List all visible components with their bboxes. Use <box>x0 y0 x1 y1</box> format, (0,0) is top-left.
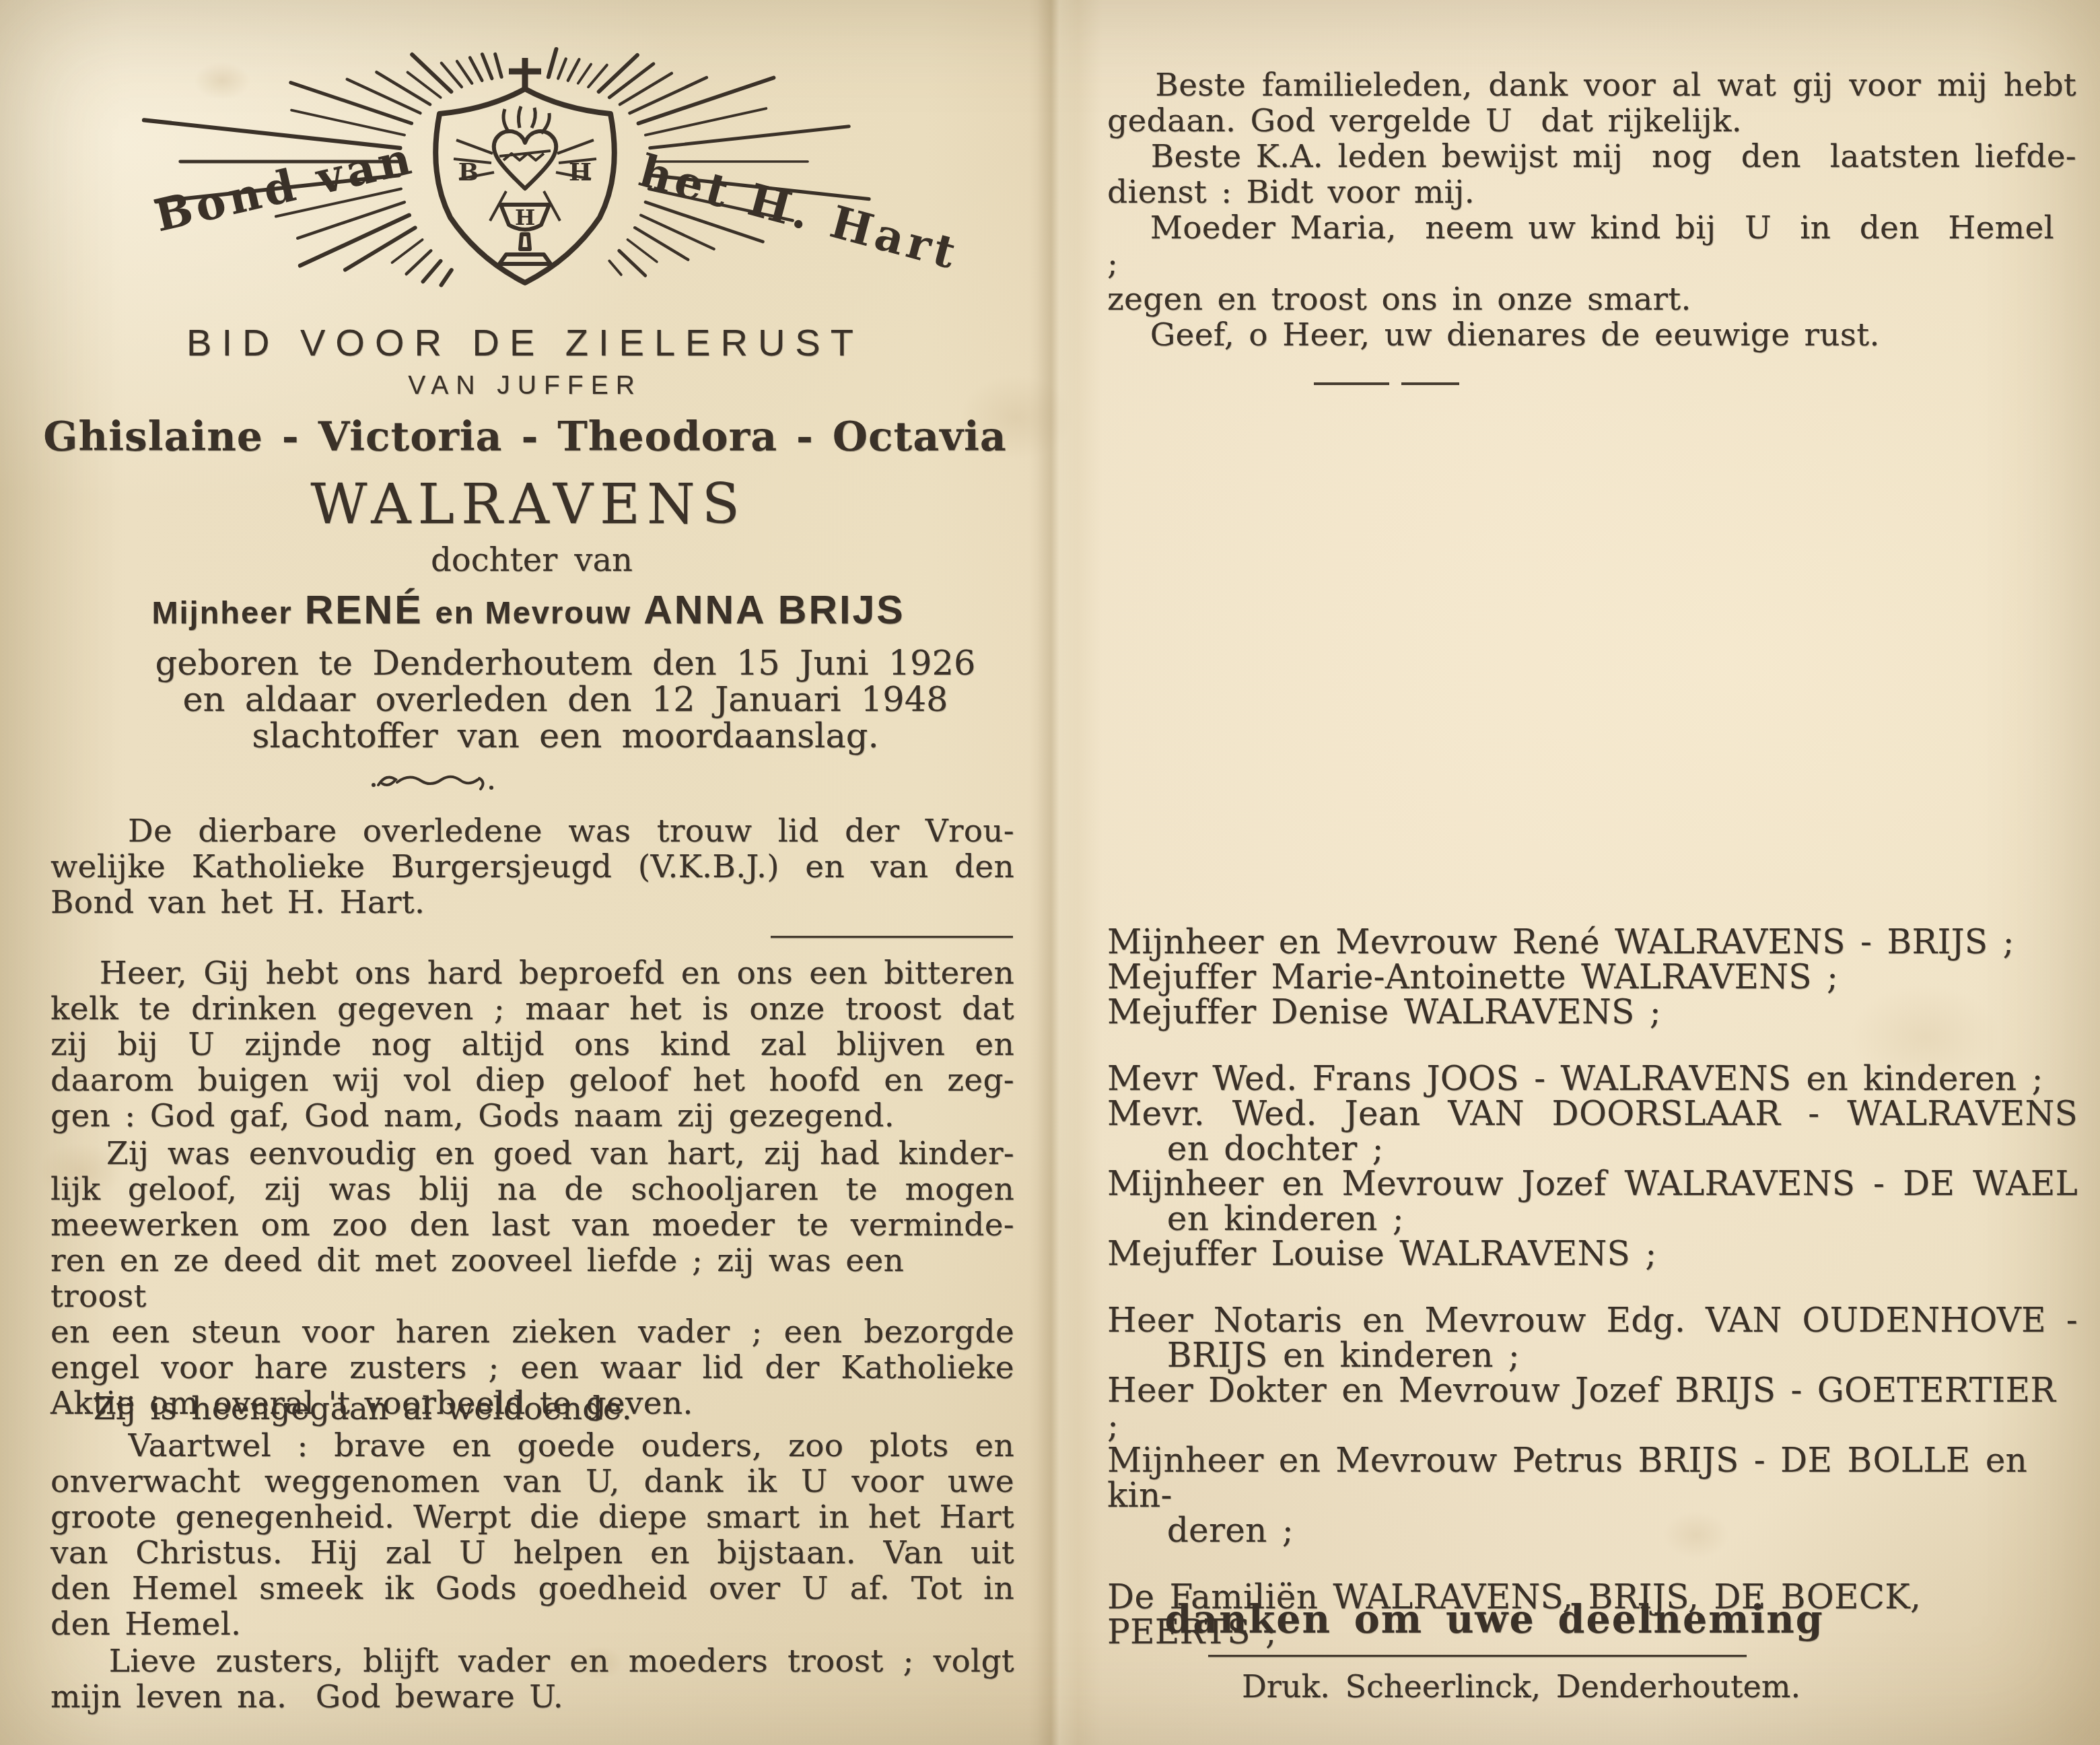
text-line: meewerken om zoo den last van moeder te … <box>50 1207 1014 1243</box>
printer-line: Druk. Scheerlinck, Denderhoutem. <box>1040 1668 2002 1705</box>
mother-name: ANNA BRIJS <box>643 588 905 632</box>
divider-dash-right <box>1401 382 1459 385</box>
text-line: engel voor hare zusters ; een waar lid d… <box>50 1350 1014 1385</box>
family-group-brijs: Heer Notaris en Mevrouw Edg. VAN OUDENHO… <box>1107 1303 2078 1548</box>
message-ka-members: Beste K.A. leden bewijst mij nog den laa… <box>1107 139 2076 210</box>
text-line: Mijnheer en Mevrouw René WALRAVENS - BRI… <box>1107 924 2078 959</box>
text-line: Mijnheer en Mevrouw Petrus BRIJS - DE BO… <box>1107 1443 2078 1513</box>
simple-good-heart-paragraph: Zij was eenvoudig en goed van hart, zij … <box>50 1136 1014 1421</box>
juffer-subheading: VAN JUFFER <box>0 371 1050 401</box>
text-line: Heer, Gij hebt ons hard beproefd en ons … <box>50 955 1014 991</box>
text-line: deren ; <box>1107 1513 2078 1548</box>
text-line: den Hemel smeek ik Gods goedheid over U … <box>50 1571 1014 1606</box>
text-line: zij bij U zijnde nog altijd ons kind zal… <box>50 1027 1014 1062</box>
sacred-heart-emblem: B H H Bond van het H. Hart <box>94 15 956 300</box>
farewell-messages: Beste familieleden, dank voor al wat gij… <box>1107 67 2076 353</box>
text-line: Mevr Wed. Frans JOOS - WALRAVENS en kind… <box>1107 1061 2078 1096</box>
family-entry: Mijnheer en Mevrouw Jozef WALRAVENS - DE… <box>1107 1166 2078 1236</box>
heart-icon <box>494 131 557 189</box>
family-entry: Mevr. Wed. Jean VAN DOORSLAAR - WALRAVEN… <box>1107 1096 2078 1166</box>
text-line: Mijnheer en Mevrouw Jozef WALRAVENS - DE… <box>1107 1166 2078 1201</box>
text-line: van Christus. Hij zal U helpen en bijsta… <box>50 1535 1014 1571</box>
text-line: BRIJS en kinderen ; <box>1107 1338 2078 1373</box>
text-line: en dochter ; <box>1107 1131 2078 1166</box>
family-entry: Heer Notaris en Mevrouw Edg. VAN OUDENHO… <box>1107 1303 2078 1373</box>
text-line: Zij is heengegaan al weldoende. <box>50 1391 1014 1427</box>
text-line: ren en ze deed dit met zooveel liefde ; … <box>50 1243 1014 1314</box>
family-entry: Mijnheer en Mevrouw René WALRAVENS - BRI… <box>1107 924 2078 959</box>
text-line: Zij was eenvoudig en goed van hart, zij … <box>50 1136 1014 1171</box>
cross-icon <box>509 58 541 89</box>
text-line: en een steun voor haren zieken vader ; e… <box>50 1314 1014 1350</box>
text-line: en kinderen ; <box>1107 1201 2078 1236</box>
text-line: groote genegenheid. Werpt die diepe smar… <box>50 1499 1014 1535</box>
text-line: den Hemel. <box>50 1606 1014 1642</box>
text-line: Heer Dokter en Mevrouw Jozef BRIJS - GOE… <box>1107 1373 2078 1443</box>
text-line: De dierbare overledene was trouw lid der… <box>50 813 1014 849</box>
fold-crease <box>1028 0 1078 1745</box>
passed-away-line: Zij is heengegaan al weldoende. <box>50 1391 1014 1427</box>
text-line: kelk te drinken gegeven ; maar het is on… <box>50 991 1014 1027</box>
emblem-text-left: Bond van <box>149 131 419 242</box>
shield-letter-b: B <box>458 158 479 186</box>
text-line: daarom buigen wij vol diep geloof het ho… <box>50 1062 1014 1098</box>
shield-letter-h-bottom: H <box>515 205 535 230</box>
text-line: Geef, o Heer, uw dienares de eeuwige rus… <box>1107 317 2076 353</box>
text-line: welijke Katholieke Burgersjeugd (V.K.B.J… <box>50 849 1014 885</box>
text-line: Vaartwel : brave en goede ouders, zoo pl… <box>50 1428 1014 1464</box>
parents-line: MijnheerRENÉen MevrouwANNA BRIJS <box>0 587 1057 633</box>
shield: B H H <box>435 58 615 283</box>
emblem-text-right: het H. Hart <box>634 144 956 280</box>
given-names: Ghislaine - Victoria - Theodora - Octavi… <box>27 413 1023 460</box>
father-name: RENÉ <box>305 588 423 632</box>
dear-sisters-paragraph: Lieve zusters, blijft vader en moeders t… <box>50 1643 1014 1715</box>
parents-conjunction: en Mevrouw <box>435 594 632 630</box>
divider-dash-left <box>1314 382 1389 385</box>
text-line: Beste familieleden, dank voor al wat gij… <box>1107 67 2076 103</box>
text-line: gen : God gaf, God nam, Gods naam zij ge… <box>50 1098 1014 1134</box>
text-line: dienst : Bidt voor mij. <box>1107 174 2076 210</box>
family-entry: Mevr Wed. Frans JOOS - WALRAVENS en kind… <box>1107 1061 2078 1096</box>
text-line: zegen en troost ons in onze smart. <box>1107 281 2076 317</box>
text-line: Moeder Maria, neem uw kind bij U in den … <box>1107 210 2076 281</box>
text-line: mijn leven na. God beware U. <box>50 1679 1014 1715</box>
text-line: Mejuffer Denise WALRAVENS ; <box>1107 994 2078 1029</box>
thanks-line: danken om uwe deelneming <box>1013 1597 1975 1642</box>
family-entry: Mijnheer en Mevrouw Petrus BRIJS - DE BO… <box>1107 1443 2078 1548</box>
printer-divider <box>1208 1655 1747 1657</box>
family-acknowledgement-list: Mijnheer en Mevrouw René WALRAVENS - BRI… <box>1107 924 2078 1681</box>
message-mother-maria: Moeder Maria, neem uw kind bij U in den … <box>1107 210 2076 317</box>
shield-letter-h-right: H <box>569 158 592 186</box>
surname: WALRAVENS <box>0 473 1050 537</box>
message-eternal-rest: Geef, o Heer, uw dienares de eeuwige rus… <box>1107 317 2076 353</box>
prayer-heading: BID VOOR DE ZIELERUST <box>0 320 1050 364</box>
section-divider-left <box>771 936 1013 938</box>
family-entry: Mejuffer Marie-Antoinette WALRAVENS ; <box>1107 959 2078 994</box>
cause-line: slachtoffer van een moordaanslag. <box>74 716 1057 756</box>
text-line: lijk geloof, zij was blij na de schoolja… <box>50 1171 1014 1207</box>
text-line: Beste K.A. leden bewijst mij nog den laa… <box>1107 139 2076 174</box>
message-family: Beste familieleden, dank voor al wat gij… <box>1107 67 2076 139</box>
text-line: Mejuffer Louise WALRAVENS ; <box>1107 1236 2078 1271</box>
text-line: Mejuffer Marie-Antoinette WALRAVENS ; <box>1107 959 2078 994</box>
flourish-ornament <box>369 767 497 797</box>
text-line: onverwacht weggenomen van U, dank ik U v… <box>50 1464 1014 1499</box>
memorial-card-scan: B H H Bond van het H. Hart BID VOOR DE Z… <box>0 0 2100 1745</box>
family-entry: Mejuffer Louise WALRAVENS ; <box>1107 1236 2078 1271</box>
birth-line: geboren te Denderhoutem den 15 Juni 1926 <box>74 644 1057 683</box>
family-group-walravens: Mevr Wed. Frans JOOS - WALRAVENS en kind… <box>1107 1061 2078 1271</box>
text-line: Mevr. Wed. Jean VAN DOORSLAAR - WALRAVEN… <box>1107 1096 2078 1131</box>
family-group-immediate: Mijnheer en Mevrouw René WALRAVENS - BRI… <box>1107 924 2078 1029</box>
text-line: Heer Notaris en Mevrouw Edg. VAN OUDENHO… <box>1107 1303 2078 1338</box>
text-line: Lieve zusters, blijft vader en moeders t… <box>50 1643 1014 1679</box>
farewell-parents-paragraph: Vaartwel : brave en goede ouders, zoo pl… <box>50 1428 1014 1642</box>
membership-paragraph: De dierbare overledene was trouw lid der… <box>50 813 1014 920</box>
family-entry: Mejuffer Denise WALRAVENS ; <box>1107 994 2078 1029</box>
father-title: Mijnheer <box>151 594 292 630</box>
text-line: gedaan. God vergelde U dat rijkelijk. <box>1107 103 2076 139</box>
daughter-of-line: dochter van <box>27 541 1037 579</box>
death-line: en aldaar overleden den 12 Januari 1948 <box>74 680 1057 720</box>
lord-tried-us-paragraph: Heer, Gij hebt ons hard beproefd en ons … <box>50 955 1014 1134</box>
family-entry: Heer Dokter en Mevrouw Jozef BRIJS - GOE… <box>1107 1373 2078 1443</box>
text-line: Bond van het H. Hart. <box>50 885 1014 920</box>
